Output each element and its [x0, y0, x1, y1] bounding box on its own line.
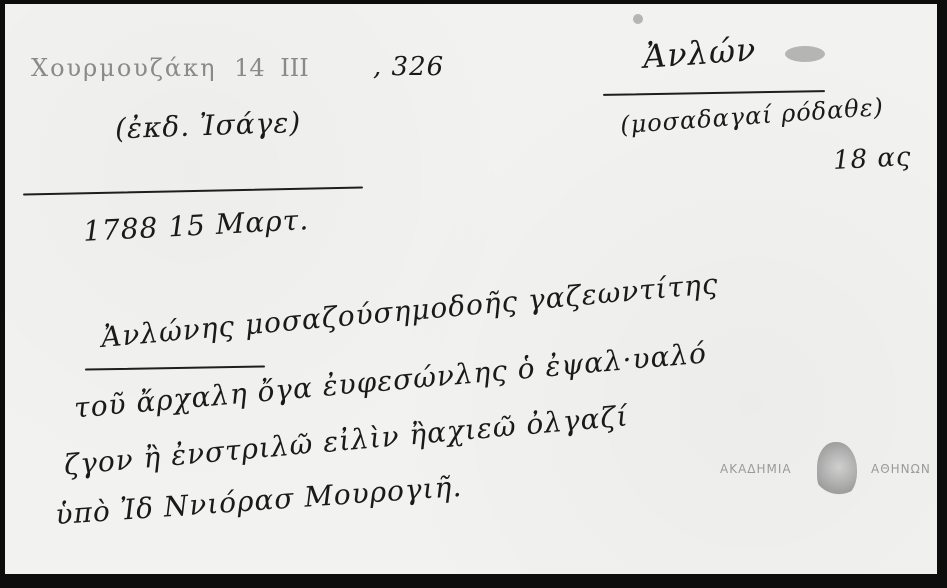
watermark-right: ΑΘΗΝΩΝ [871, 462, 931, 476]
headword-note: (μοσαδαγαί ρόδαθε) [619, 93, 884, 139]
athena-head-emblem-icon [817, 442, 857, 498]
stamp-volume: 14 [234, 54, 265, 82]
divider-left [23, 186, 363, 195]
stamp-surname: Χουρμουζάκη [31, 54, 216, 82]
body-line-1: Ἀνλώνης μοσαζούσημοδοῆς γαζεωντίτης [100, 267, 720, 354]
stamp-source: Χουρμουζάκη 14 III [31, 54, 309, 82]
ink-smudge [785, 46, 825, 62]
body-line-4: ὑπὸ Ἰδ Ννιόρασ Μουρογιῆ. [54, 470, 463, 531]
source-note: (ἐκδ. Ἰσάγε) [114, 106, 301, 145]
date-line: 1788 15 Μαρτ. [82, 203, 310, 248]
page-number: , 326 [373, 52, 444, 82]
headword: Ἀνλών [642, 30, 758, 76]
headword-underline [603, 90, 825, 96]
headword-year: 18 ας [832, 142, 912, 176]
index-card: Χουρμουζάκη 14 III , 326 (ἐκδ. Ἰσάγε) 17… [5, 4, 937, 574]
ink-smudge [633, 14, 643, 24]
body-underline [85, 365, 265, 370]
stamp-section: III [280, 54, 308, 82]
watermark-left: ΑΚΑΔΗΜΙΑ [720, 462, 792, 476]
